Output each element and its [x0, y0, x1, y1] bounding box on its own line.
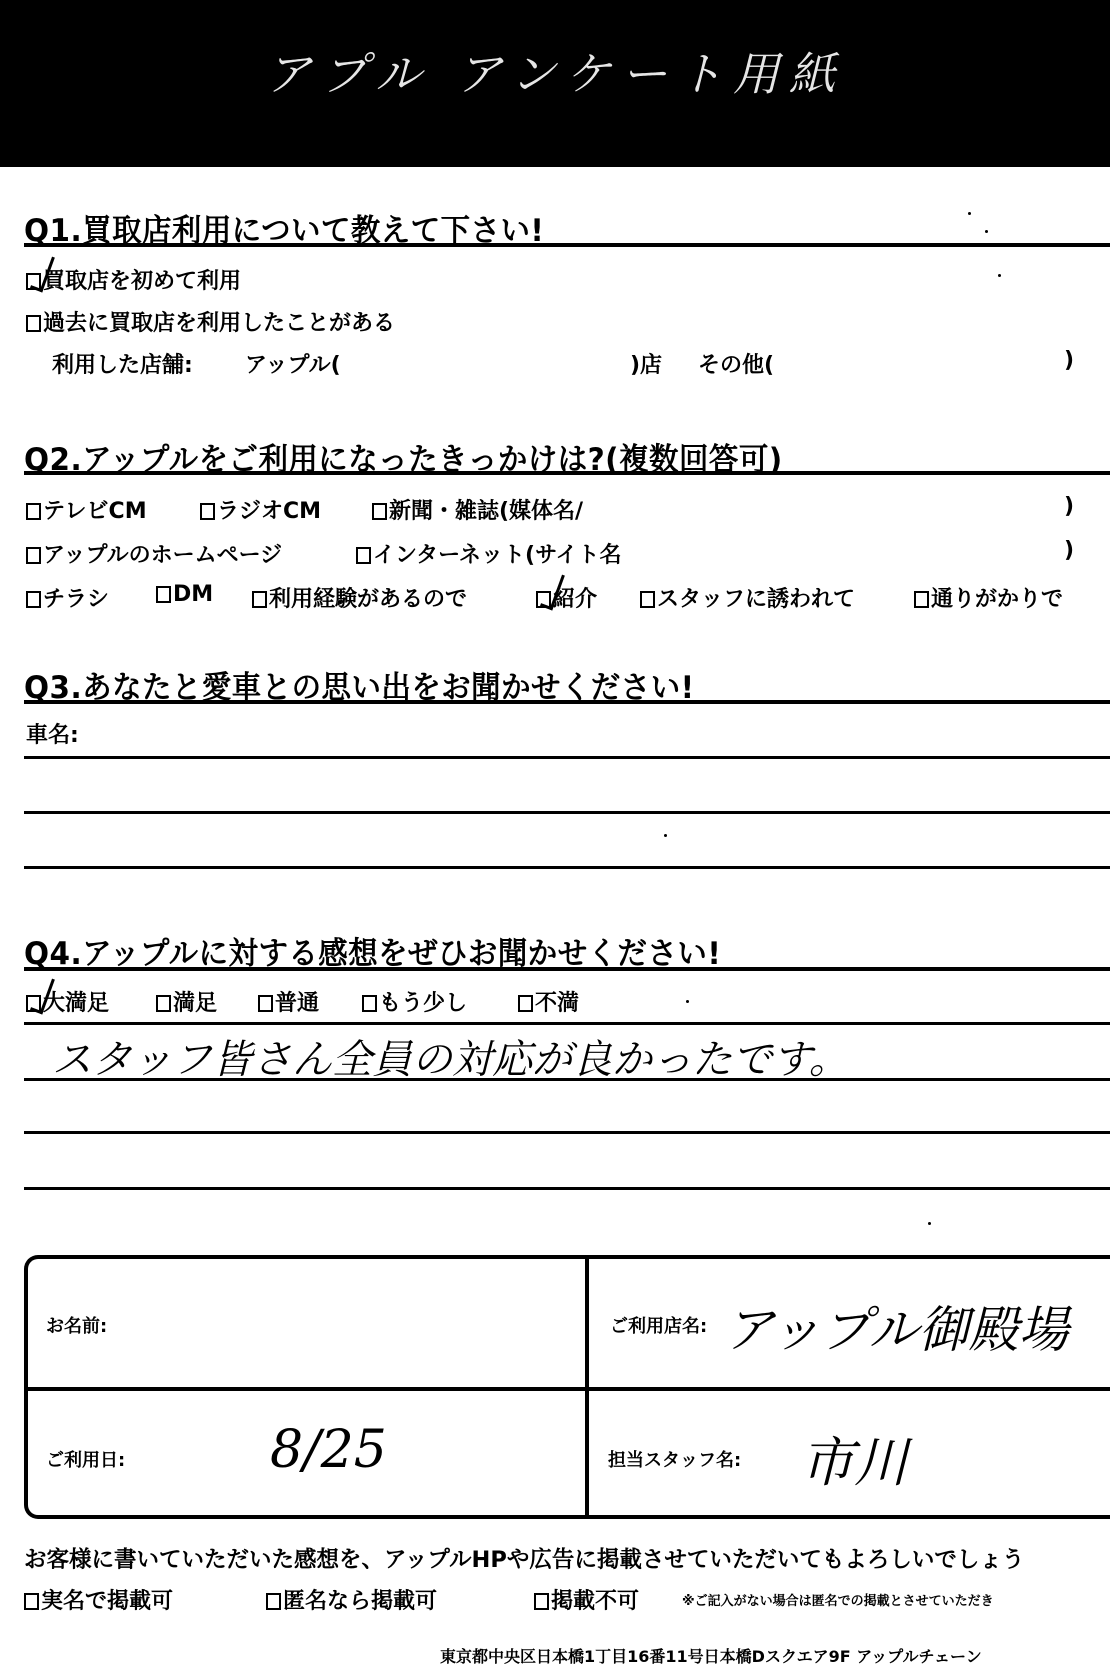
consent-option-not-allowed[interactable]: 掲載不可: [534, 1584, 639, 1615]
q4-rule: [24, 967, 1110, 971]
scan-speck: [968, 212, 971, 215]
checkbox-icon[interactable]: [200, 503, 215, 520]
consent-note: ※ご記入がない場合は匿名での掲載とさせていただき: [682, 1590, 994, 1609]
q4-option-could-improve[interactable]: もう少し: [362, 986, 467, 1017]
q2-option-internet[interactable]: インターネット(サイト名: [356, 538, 622, 569]
checkbox-checked-icon[interactable]: [536, 591, 551, 608]
store-name-label: ご利用店名:: [610, 1312, 707, 1338]
header-banner: アプル アンケート用紙: [0, 0, 1110, 167]
checkbox-icon[interactable]: [26, 503, 41, 520]
q1-option-used-before[interactable]: 過去に買取店を利用したことがある: [26, 306, 395, 337]
checkbox-icon[interactable]: [518, 995, 533, 1012]
q1-apple-prefix: アップル(: [245, 348, 341, 379]
checkbox-icon[interactable]: [26, 547, 41, 564]
checkbox-icon[interactable]: [26, 591, 41, 608]
q2-newspaper-close: ): [1064, 494, 1074, 519]
q2-internet-close: ): [1064, 538, 1074, 563]
checkbox-checked-icon[interactable]: [26, 273, 41, 290]
q2-option-tv-cm[interactable]: テレビCM: [26, 494, 147, 525]
q4-answer-line-4: [24, 1187, 1110, 1190]
q3-rule: [24, 700, 1110, 704]
q3-answer-line-2: [24, 811, 1110, 814]
q3-answer-line-1: [24, 756, 1110, 759]
checkbox-icon[interactable]: [534, 1593, 549, 1610]
consent-question: お客様に書いていただいた感想を、アップルHPや広告に掲載させていただいてもよろし…: [24, 1542, 1024, 1574]
q1-other-store-field[interactable]: [800, 348, 1060, 374]
q4-answer-line-2: [24, 1078, 1110, 1081]
q1-other-suffix: ): [1064, 348, 1074, 373]
form-title: アプル アンケート用紙: [0, 38, 1110, 104]
q1-other-prefix: その他(: [698, 348, 774, 379]
checkbox-icon[interactable]: [26, 315, 41, 332]
footer-address: 東京都中央区日本橋1丁目16番11号日本橋Dスクエア9F アップルチェーン: [440, 1644, 982, 1667]
scan-speck: [664, 834, 667, 837]
q2-option-homepage[interactable]: アップルのホームページ: [26, 538, 282, 569]
name-field[interactable]: [130, 1290, 570, 1360]
q3-answer-line-3: [24, 866, 1110, 869]
q1-apple-suffix: )店: [630, 348, 662, 379]
q4-handwritten-answer[interactable]: スタッフ皆さん全員の対応が良かったです。: [52, 1028, 849, 1085]
q2-option-passing-by[interactable]: 通りがかりで: [914, 582, 1063, 613]
staff-name-field[interactable]: 市川: [800, 1420, 908, 1497]
q2-option-flyer[interactable]: チラシ: [26, 582, 109, 613]
q2-option-prior-use[interactable]: 利用経験があるので: [252, 582, 467, 613]
q4-option-dissatisfied[interactable]: 不満: [518, 986, 579, 1017]
q4-answer-line-3: [24, 1131, 1110, 1134]
q2-option-dm[interactable]: DM: [156, 582, 213, 607]
name-label: お名前:: [46, 1312, 107, 1338]
checkbox-icon[interactable]: [362, 995, 377, 1012]
checkbox-icon[interactable]: [24, 1593, 39, 1610]
checkbox-icon[interactable]: [258, 995, 273, 1012]
use-date-label: ご利用日:: [46, 1446, 125, 1472]
q1-rule: [24, 243, 1110, 247]
consent-option-real-name[interactable]: 実名で掲載可: [24, 1584, 173, 1615]
checkbox-icon[interactable]: [266, 1593, 281, 1610]
q4-answer-line-1: [24, 1022, 1110, 1025]
q2-option-radio-cm[interactable]: ラジオCM: [200, 494, 321, 525]
scan-speck: [985, 230, 988, 233]
q4-option-average[interactable]: 普通: [258, 986, 319, 1017]
checkbox-icon[interactable]: [356, 547, 371, 564]
checkbox-icon[interactable]: [156, 586, 171, 603]
info-box-horizontal-divider: [24, 1387, 1110, 1391]
q4-option-very-satisfied[interactable]: 大満足: [26, 986, 109, 1017]
q1-option-first-time[interactable]: 買取店を初めて利用: [26, 264, 241, 295]
q2-option-staff-invite[interactable]: スタッフに誘われて: [640, 582, 855, 613]
checkbox-icon[interactable]: [914, 591, 929, 608]
q2-rule: [24, 471, 1110, 475]
scan-speck: [998, 274, 1001, 277]
checkbox-icon[interactable]: [640, 591, 655, 608]
q2-option-referral[interactable]: 紹介: [536, 582, 597, 613]
store-name-field[interactable]: アップル御殿場: [724, 1290, 1069, 1362]
scan-speck: [928, 1222, 931, 1225]
use-date-field[interactable]: 8/25: [270, 1420, 387, 1480]
checkbox-icon[interactable]: [372, 503, 387, 520]
staff-name-label: 担当スタッフ名:: [608, 1446, 741, 1472]
q4-option-satisfied[interactable]: 満足: [156, 986, 217, 1017]
checkbox-icon[interactable]: [156, 995, 171, 1012]
consent-option-anonymous[interactable]: 匿名なら掲載可: [266, 1584, 437, 1615]
q3-car-label: 車名:: [26, 718, 79, 749]
scan-speck: [686, 1000, 689, 1003]
q3-car-field[interactable]: [100, 718, 1080, 748]
checkbox-icon[interactable]: [252, 591, 267, 608]
q1-apple-store-field[interactable]: [360, 348, 620, 374]
q2-option-newspaper[interactable]: 新聞・雑誌(媒体名/: [372, 494, 583, 525]
q1-store-label: 利用した店舗:: [52, 348, 193, 379]
checkbox-checked-icon[interactable]: [26, 995, 41, 1012]
